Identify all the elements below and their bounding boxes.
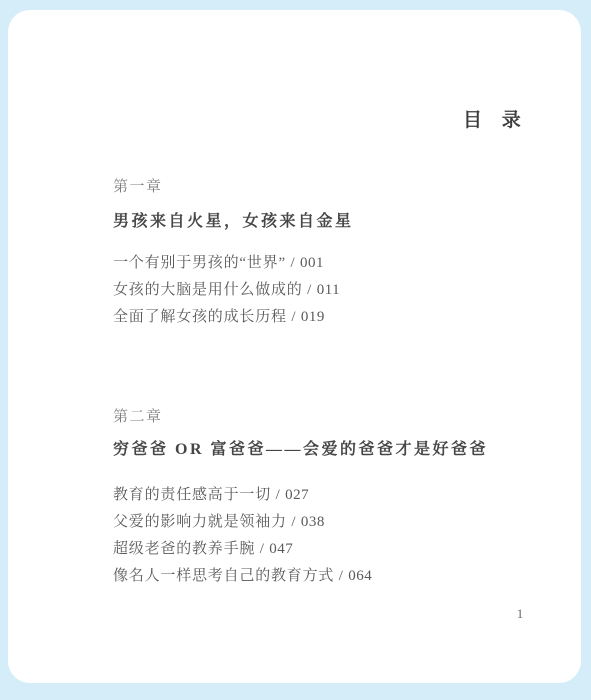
chapter-2-entry-list: 教育的责任感高于一切 / 027 父爱的影响力就是领袖力 / 038 超级老爸的…	[113, 482, 372, 590]
chapter-2-label: 第二章	[113, 405, 163, 426]
chapter-2-title: 穷爸爸 OR 富爸爸——会爱的爸爸才是好爸爸	[113, 436, 488, 459]
chapter-1-label: 第一章	[113, 175, 163, 196]
entry-separator: /	[286, 255, 300, 271]
toc-entry: 教育的责任感高于一切 / 027	[113, 482, 372, 509]
book-page: 目 录 第一章 男孩来自火星，女孩来自金星 一个有别于男孩的“世界” / 001…	[8, 10, 581, 683]
chapter-1-title: 男孩来自火星，女孩来自金星	[113, 208, 354, 231]
entry-page-number: 001	[300, 255, 324, 271]
toc-title: 目 录	[463, 105, 522, 132]
entry-title: 全面了解女孩的成长历程	[113, 309, 287, 325]
entry-title: 女孩的大脑是用什么做成的	[113, 282, 303, 298]
entry-page-number: 019	[301, 309, 325, 325]
toc-entry: 像名人一样思考自己的教育方式 / 064	[113, 563, 372, 590]
folio-page-number: 1	[508, 606, 532, 622]
entry-page-number: 027	[285, 487, 309, 503]
book-scan: { "page": { "title": "目 录", "separator":…	[0, 0, 591, 700]
entry-page-number: 047	[269, 541, 293, 557]
toc-entry: 一个有别于男孩的“世界” / 001	[113, 250, 340, 277]
entry-title: 父爱的影响力就是领袖力	[113, 514, 287, 530]
entry-separator: /	[303, 282, 317, 298]
entry-page-number: 064	[348, 568, 372, 584]
entry-title: 超级老爸的教养手腕	[113, 541, 255, 557]
entry-page-number: 011	[317, 282, 340, 298]
toc-entry: 父爱的影响力就是领袖力 / 038	[113, 509, 372, 536]
entry-separator: /	[287, 514, 301, 530]
toc-entry: 女孩的大脑是用什么做成的 / 011	[113, 277, 340, 304]
entry-page-number: 038	[301, 514, 325, 530]
entry-separator: /	[255, 541, 269, 557]
entry-separator: /	[334, 568, 348, 584]
entry-title: 像名人一样思考自己的教育方式	[113, 568, 334, 584]
entry-title: 一个有别于男孩的“世界”	[113, 255, 286, 271]
entry-separator: /	[287, 309, 301, 325]
toc-entry: 全面了解女孩的成长历程 / 019	[113, 304, 340, 331]
entry-title: 教育的责任感高于一切	[113, 487, 271, 503]
toc-entry: 超级老爸的教养手腕 / 047	[113, 536, 372, 563]
entry-separator: /	[271, 487, 285, 503]
chapter-1-entry-list: 一个有别于男孩的“世界” / 001 女孩的大脑是用什么做成的 / 011 全面…	[113, 250, 340, 331]
